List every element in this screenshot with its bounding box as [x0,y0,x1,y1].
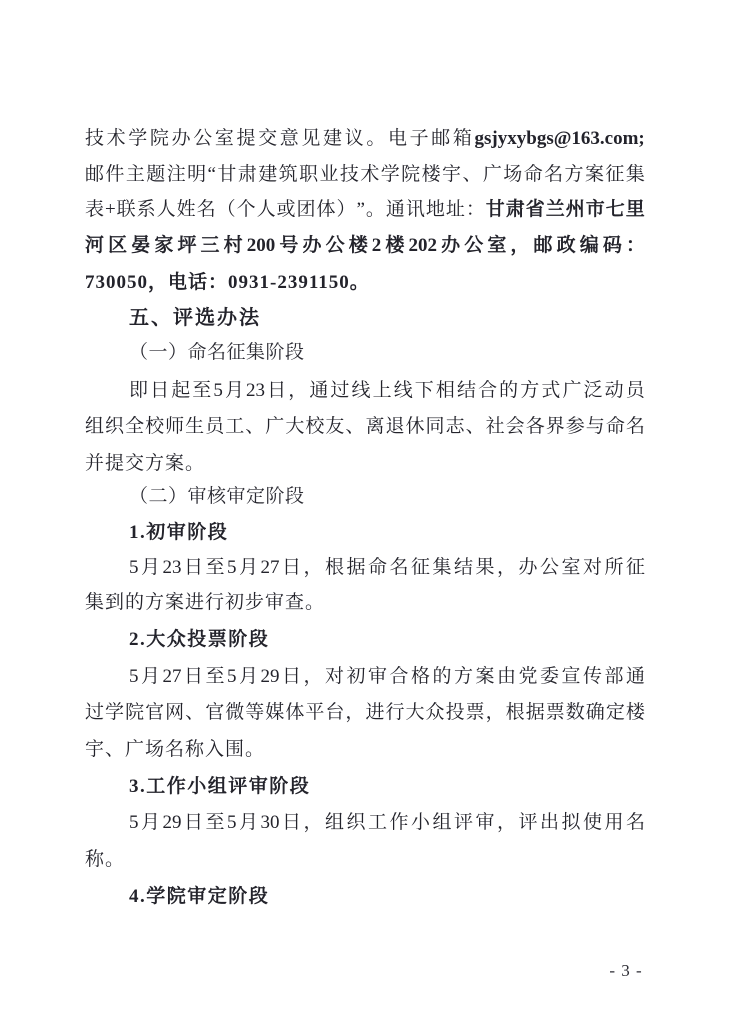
text-segment: 业 [319,163,338,187]
text-segment: 2 [372,234,382,258]
text-segment: 命 [606,415,625,439]
text-segment: 邮 [85,163,104,187]
text-segment: 月 [239,811,258,835]
text-segment: ， [303,811,322,835]
text-segment: ， [303,556,322,580]
text-segment: 广 [483,163,502,187]
text-segment: 坪 [177,234,196,258]
text-segment: 广 [265,415,284,439]
document-line: 称。 [85,848,645,872]
text-segment: 、 [345,415,364,439]
text-segment: 众 [426,701,445,725]
text-segment: 箱 [453,127,472,151]
document-line: 表+联系人姓名（个人或团体）”。通讯地址：甘肃省兰州市七里 [85,198,645,222]
document-line: 集到的方案进行初步审查。 [85,591,645,615]
text-segment: 职 [299,163,318,187]
text-segment: 起 [171,379,190,403]
text-segment: 初 [346,665,365,689]
text-segment: 、 [466,415,485,439]
text-segment: 确 [586,701,605,725]
text-segment: 电 [388,127,407,151]
document-heading: 1.初审阶段 [85,521,645,545]
text-segment: 的 [432,665,451,689]
text-segment: 集 [432,556,451,580]
text-segment: 公 [464,234,483,258]
text-segment: 区 [108,234,127,258]
text-segment: 邮 [534,234,553,258]
text-segment: 格 [411,665,430,689]
text-segment: 出 [540,811,559,835]
text-segment: gsjyxybgs@163.com; [475,127,645,151]
text-segment: 意 [280,127,299,151]
text-segment: 用 [604,811,623,835]
text-segment: 交 [258,127,277,151]
document-line: 并提交方案。 [85,452,645,476]
text-segment: 市 [586,198,605,222]
text-segment: 根 [506,701,525,725]
text-segment: 日 [282,665,301,689]
text-segment: 室 [487,234,506,258]
document-line: 730050，电话：0931-2391150。 [85,271,645,295]
document-line: 邮件主题注明“甘肃建筑职业技术学院楼宇、广场命名方案征集 [85,163,645,187]
text-segment: 体 [285,701,304,725]
text-segment: 5 [227,811,237,835]
text-segment: 表 [85,198,104,222]
text-segment: 作 [389,811,408,835]
text-segment: 月 [141,556,160,580]
text-segment: 根 [325,556,344,580]
text-segment: 联 [117,198,136,222]
text-segment: 票 [546,701,565,725]
text-segment: 即 [129,379,148,403]
text-segment: 200 [247,234,276,258]
text-segment: 27 [162,665,181,689]
text-segment: 同 [426,415,445,439]
text-segment: 所 [604,556,623,580]
text-segment: 友 [325,415,344,439]
document-page: 技术学院办公室提交意见建议。电子邮箱gsjyxybgs@163.com;邮件主题… [0,0,732,1018]
text-segment: 离 [365,415,384,439]
text-segment: 审 [475,811,494,835]
text-segment: 室 [215,127,234,151]
text-segment: 校 [305,415,324,439]
text-segment: 微 [225,701,244,725]
document-heading: （一）命名征集阶段 [85,341,645,365]
text-segment: 或 [277,198,296,222]
document-line: 5月29日至5月30日，组织工作小组评审，评出拟使用名 [85,811,645,835]
text-segment: 人 [157,198,176,222]
text-segment: 定 [606,701,625,725]
text-segment: 泛 [584,379,603,403]
text-segment: 对 [325,665,344,689]
text-segment: 名 [626,811,645,835]
text-segment: 员 [205,415,224,439]
document-heading: （二）审核审定阶段 [85,485,645,509]
text-segment: 场 [503,163,522,187]
text-segment: 行 [385,701,404,725]
text-segment: 公 [326,234,345,258]
text-segment: 织 [346,811,365,835]
text-segment: 结 [454,556,473,580]
text-segment: 政 [557,234,576,258]
text-segment: 院 [150,127,169,151]
text-segment: 办 [441,234,460,258]
text-segment: 23 [246,379,265,403]
text-segment: 邮 [431,127,450,151]
text-segment: 讯 [406,198,425,222]
text-segment: 技 [340,163,359,187]
text-segment: 委 [540,665,559,689]
text-segment: 大 [406,701,425,725]
text-segment: 组 [85,415,104,439]
text-segment: 院 [401,163,420,187]
text-segment: 参 [566,415,585,439]
text-segment: ， [288,379,307,403]
text-segment: 27 [260,556,279,580]
text-segment: 楼 [385,234,404,258]
text-segment: （一）命名征集阶段 [129,342,305,363]
text-segment: 至 [192,379,211,403]
text-segment: 官 [205,701,224,725]
text-segment: 子 [410,127,429,151]
text-segment: 名 [389,556,408,580]
text-segment: 日 [267,379,286,403]
text-segment: 2.大众投票阶段 [129,629,269,650]
document-line: 河区晏家坪三村200号办公楼2楼202办公室，邮政编码： [85,234,645,258]
text-segment: ， [497,811,516,835]
text-segment: 编 [580,234,599,258]
text-segment: 月 [141,811,160,835]
text-segment: 团 [297,198,316,222]
text-segment: 员 [626,379,645,403]
text-segment: 明 [187,163,206,187]
text-segment: 至 [205,811,224,835]
text-segment: 公 [540,556,559,580]
text-segment: 案 [475,665,494,689]
text-segment: 址 [446,198,465,222]
text-segment: 术 [360,163,379,187]
text-segment: 网 [165,701,184,725]
text-segment: 师 [165,415,184,439]
text-segment: 合 [389,665,408,689]
text-segment: 日 [184,556,203,580]
text-segment: 月 [239,665,258,689]
text-segment: 甘 [217,163,236,187]
text-segment: 5 [129,665,139,689]
text-segment: 1.初审阶段 [129,522,228,543]
text-segment: 党 [518,665,537,689]
text-segment: 宇 [442,163,461,187]
text-segment: 、 [245,415,264,439]
text-segment: 日 [184,811,203,835]
text-segment: 名 [626,415,645,439]
text-segment: 等 [245,701,264,725]
text-segment: 办 [172,127,191,151]
text-segment: 动 [605,379,624,403]
text-segment: 组 [432,811,451,835]
text-segment: 平 [305,701,324,725]
text-segment: 地 [426,198,445,222]
text-segment: 生 [185,415,204,439]
text-segment: 。 [366,198,385,222]
text-segment: （二）审核审定阶段 [129,486,305,507]
text-segment: 日 [282,556,301,580]
text-segment: 河 [85,234,104,258]
text-segment: 通 [309,379,328,403]
page-number: - 3 - [596,961,656,981]
text-segment: 室 [561,556,580,580]
text-segment: 过 [330,379,349,403]
text-segment: 730050，电话：0931-2391150。 [85,272,370,293]
text-segment: 媒 [265,701,284,725]
text-segment: 征 [626,556,645,580]
text-segment: 人 [257,198,276,222]
text-segment: 五、评选办法 [129,307,261,329]
text-segment: 肃 [238,163,257,187]
text-segment: （ [217,198,236,222]
text-segment: 术 [107,127,126,151]
text-segment: 30 [260,811,279,835]
text-segment: 建 [258,163,277,187]
text-segment: 主 [126,163,145,187]
text-segment: 的 [499,379,518,403]
text-segment: 各 [526,415,545,439]
document-line: 即日起至5月23日，通过线上线下相结合的方式广泛动员 [85,379,645,403]
text-segment: 使 [583,811,602,835]
text-segment: 校 [145,415,164,439]
text-segment: 官 [145,701,164,725]
text-segment: 29 [162,811,181,835]
text-segment: 与 [586,415,605,439]
text-segment: 姓 [177,198,196,222]
text-segment: 征 [605,163,624,187]
text-segment: ” [356,198,364,222]
text-segment: 工 [225,415,244,439]
text-segment: 台 [325,701,344,725]
text-segment: ， [303,665,322,689]
text-segment: 投 [446,701,465,725]
text-segment: 称。 [85,849,125,870]
text-segment: 部 [604,665,623,689]
text-segment: 票 [466,701,485,725]
text-segment: 、 [185,701,204,725]
text-segment: 码 [603,234,622,258]
text-segment: 件 [105,163,124,187]
text-segment: 方 [454,665,473,689]
text-segment: 审 [368,665,387,689]
text-segment: 学 [105,701,124,725]
text-segment: 5 [227,556,237,580]
text-segment: 评 [454,811,473,835]
text-segment: 号 [279,234,298,258]
text-segment: 个 [237,198,256,222]
text-segment: 相 [436,379,455,403]
text-segment: 方 [565,163,584,187]
text-segment: ， [510,234,529,258]
text-segment: 学 [128,127,147,151]
text-segment: 公 [193,127,212,151]
text-segment: 据 [346,556,365,580]
document-line: 过学院官网、官微等媒体平台，进行大众投票，根据票数确定楼 [85,701,645,725]
document-line: 5月23日至5月27日，根据命名征集结果，办公室对所征 [85,556,645,580]
text-segment: ： [466,198,485,222]
text-segment: 建 [323,127,342,151]
text-segment: 楼 [626,701,645,725]
text-segment: “ [208,163,216,187]
text-segment: 评 [518,811,537,835]
text-segment: 广 [562,379,581,403]
document-line: 5月27日至5月29日，对初审合格的方案由党委宣传部通 [85,665,645,689]
text-segment: 结 [457,379,476,403]
text-segment: ， [345,701,364,725]
text-segment: 见 [301,127,320,151]
text-segment: 数 [566,701,585,725]
text-segment: 合 [478,379,497,403]
text-segment: 5 [129,556,139,580]
text-segment: 命 [524,163,543,187]
text-segment: 过 [85,701,104,725]
text-segment: 注 [167,163,186,187]
text-segment: + [105,198,116,222]
text-segment: 29 [260,665,279,689]
text-segment: ， [497,556,516,580]
text-segment: ） [337,198,356,222]
text-segment: 织 [105,415,124,439]
text-segment: 界 [546,415,565,439]
text-segment: 5 [129,811,139,835]
text-segment: 村 [224,234,243,258]
text-segment: 通 [626,665,645,689]
text-segment: 家 [154,234,173,258]
document-body: 技术学院办公室提交意见建议。电子邮箱gsjyxybgs@163.com;邮件主题… [0,0,732,1018]
document-line: 组织全校师生员工、广大校友、离退休同志、社会各界参与命名 [85,415,645,439]
text-segment: 大 [285,415,304,439]
text-segment: 并提交方案。 [85,453,205,474]
text-segment: 月 [225,379,244,403]
text-segment: 通 [386,198,405,222]
text-segment: ： [626,234,645,258]
text-segment: 日 [184,665,203,689]
text-segment: 七 [606,198,625,222]
text-segment: 全 [125,415,144,439]
text-segment: 命 [368,556,387,580]
text-segment: 休 [406,415,425,439]
text-segment: 日 [282,811,301,835]
text-segment: 工 [368,811,387,835]
text-segment: 楼 [422,163,441,187]
text-segment: 由 [497,665,516,689]
text-segment: 办 [518,556,537,580]
text-segment: 社 [486,415,505,439]
text-segment: 宇、广场名称入围。 [85,739,265,760]
text-segment: 征 [411,556,430,580]
text-segment: 办 [302,234,321,258]
text-segment: 提 [236,127,255,151]
text-segment: 5 [227,665,237,689]
text-segment: 至 [205,665,224,689]
text-segment: ， [486,701,505,725]
text-segment: 会 [506,415,525,439]
text-segment: 式 [541,379,560,403]
text-segment: 5 [213,379,223,403]
text-segment: 晏 [131,234,150,258]
text-segment: 3.工作小组评审阶段 [129,776,310,797]
text-segment: 4.学院审定阶段 [129,886,269,907]
text-segment: 月 [239,556,258,580]
text-segment: 日 [150,379,169,403]
text-segment: 进 [365,701,384,725]
document-line: 技术学院办公室提交意见建议。电子邮箱gsjyxybgs@163.com; [85,127,645,151]
text-segment: 、 [462,163,481,187]
text-segment: 筑 [279,163,298,187]
text-segment: 线 [394,379,413,403]
text-segment: 果 [475,556,494,580]
text-segment: 名 [197,198,216,222]
text-segment: 上 [373,379,392,403]
text-segment: 学 [381,163,400,187]
text-segment: 系 [137,198,156,222]
text-segment: 宣 [561,665,580,689]
document-heading: 五、评选办法 [85,306,645,330]
text-segment: 拟 [561,811,580,835]
text-segment: 据 [526,701,545,725]
text-segment: 退 [385,415,404,439]
text-segment: 议 [345,127,364,151]
text-segment: 下 [415,379,434,403]
text-segment: 州 [566,198,585,222]
text-segment: 小 [411,811,430,835]
text-segment: 技 [85,127,104,151]
text-segment: 楼 [349,234,368,258]
text-segment: 里 [626,198,645,222]
text-segment: 传 [583,665,602,689]
text-segment: 志 [446,415,465,439]
text-segment: 。 [366,127,385,151]
text-segment: 至 [205,556,224,580]
text-segment: 名 [544,163,563,187]
text-segment: 集 [626,163,645,187]
document-heading: 4.学院审定阶段 [85,885,645,909]
text-segment: 202 [409,234,438,258]
document-heading: 3.工作小组评审阶段 [85,775,645,799]
text-segment: 兰 [546,198,565,222]
text-segment: 对 [583,556,602,580]
text-segment: 集到的方案进行初步审查。 [85,592,325,613]
text-segment: 三 [201,234,220,258]
text-segment: 题 [146,163,165,187]
document-heading: 2.大众投票阶段 [85,628,645,652]
text-segment: 甘 [486,198,505,222]
document-line: 宇、广场名称入围。 [85,738,645,762]
text-segment: 线 [352,379,371,403]
text-segment: 肃 [506,198,525,222]
text-segment: 方 [520,379,539,403]
text-segment: 23 [162,556,181,580]
text-segment: 体 [317,198,336,222]
text-segment: 组 [325,811,344,835]
text-segment: 案 [585,163,604,187]
text-segment: 月 [141,665,160,689]
text-segment: 省 [526,198,545,222]
text-segment: 院 [125,701,144,725]
